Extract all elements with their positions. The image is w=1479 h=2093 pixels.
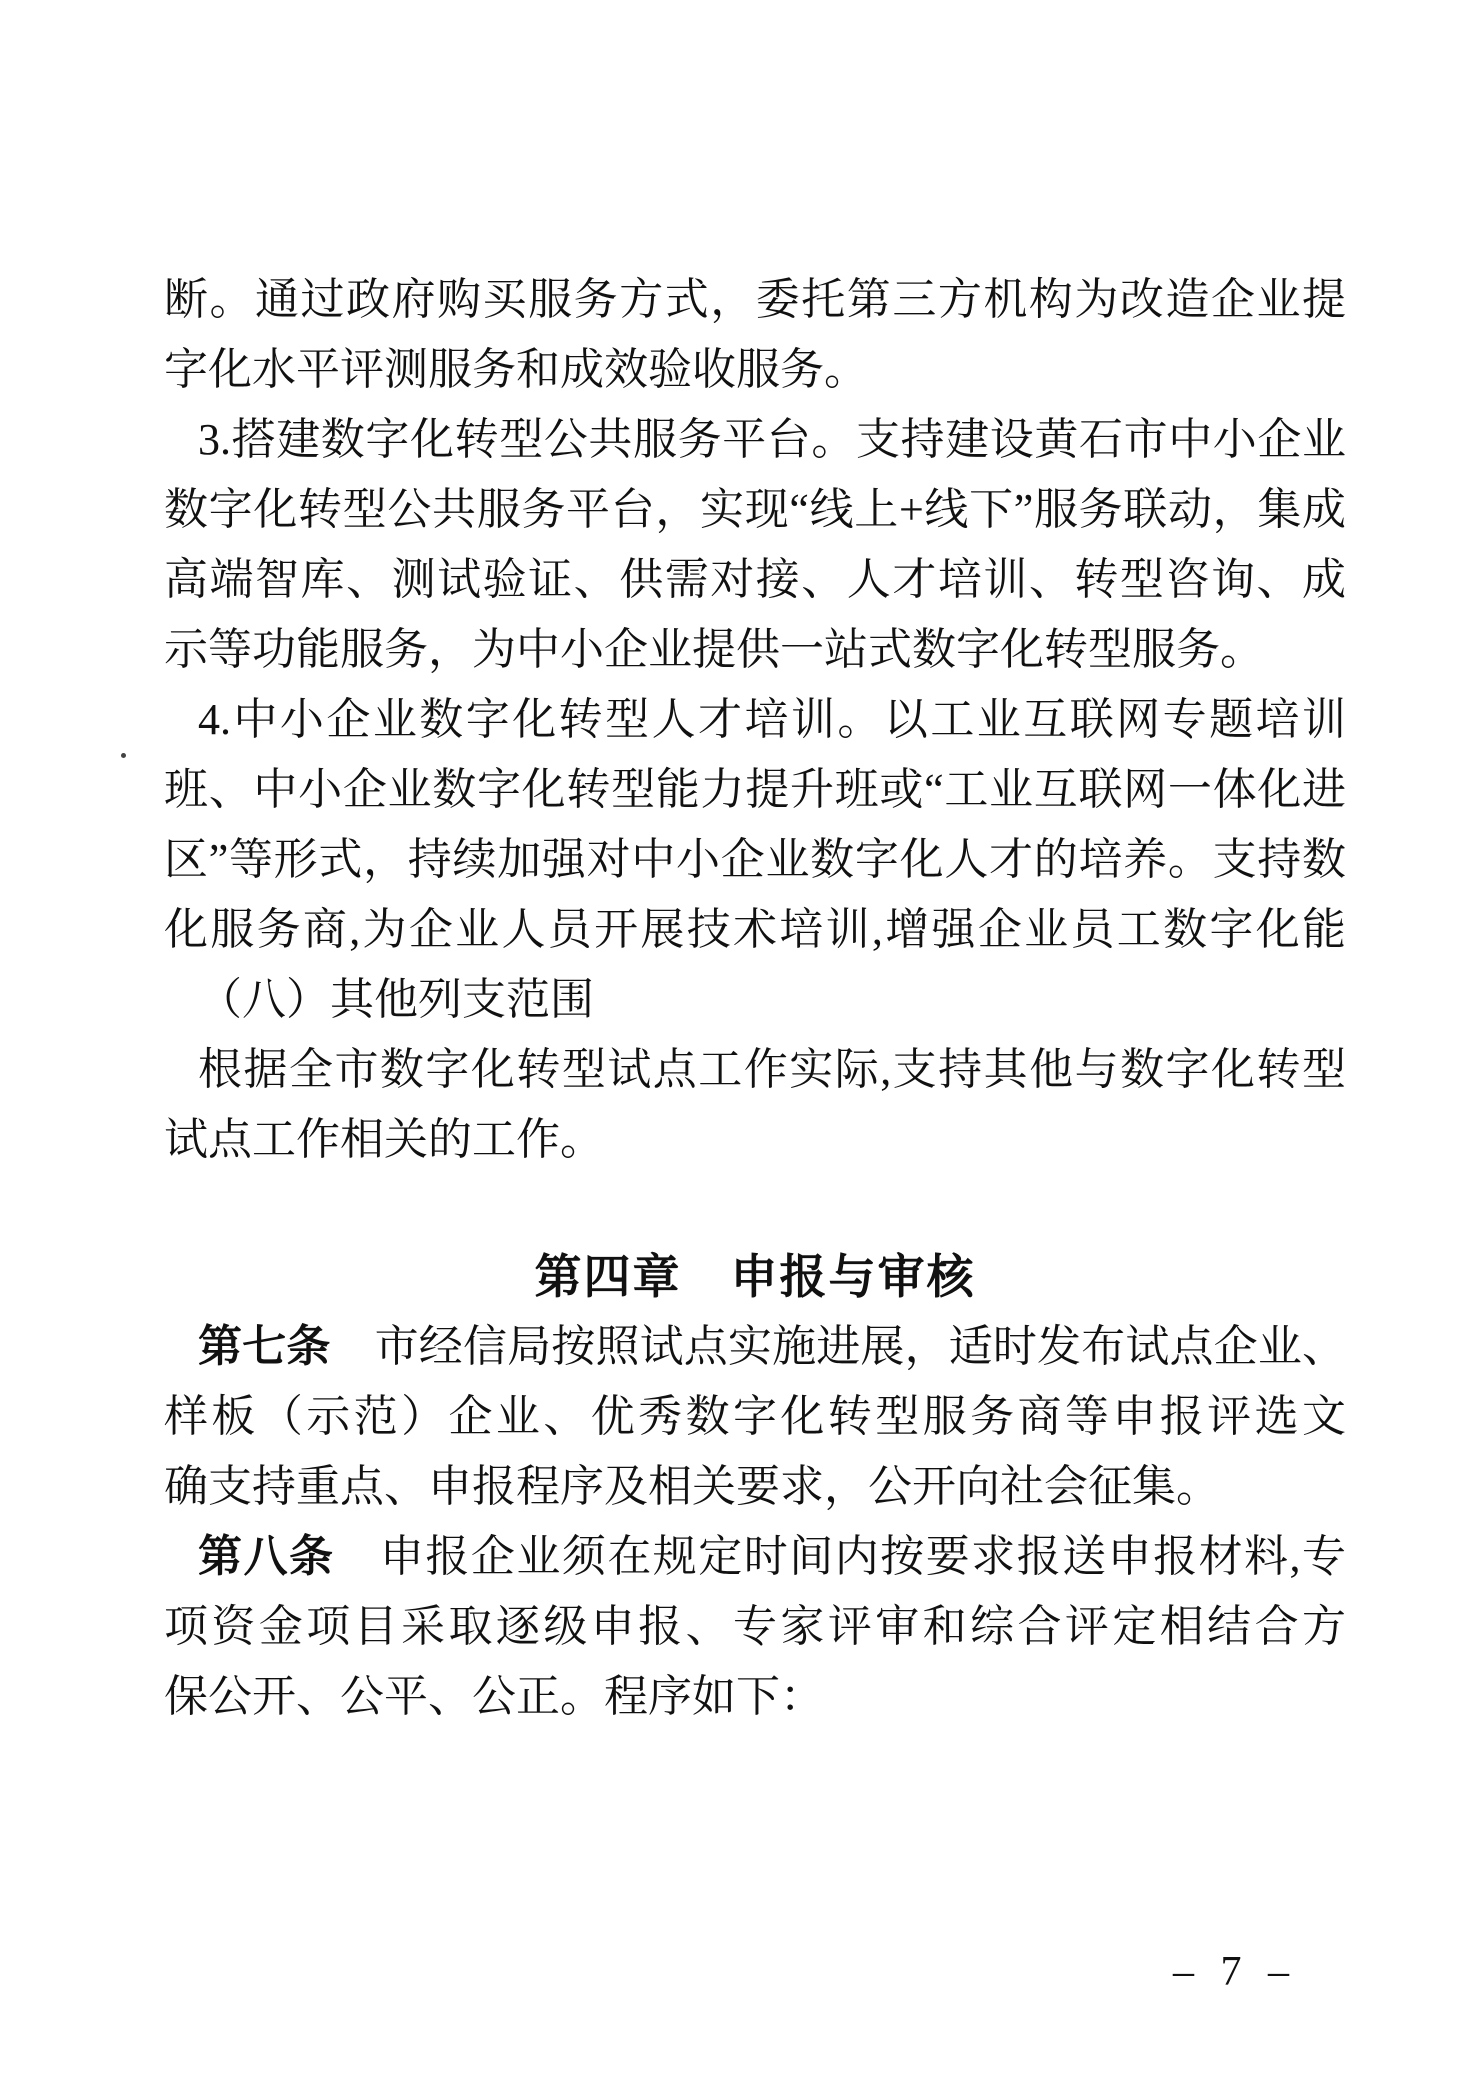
- text-line: 根据全市数字化转型试点工作实际,支持其他与数字化转型: [164, 1035, 1346, 1105]
- article-text: 市经信局按照试点实施进展，适时发布试点企业、: [330, 1322, 1346, 1371]
- text-line: 高端智库、测试验证、供需对接、人才培训、转型咨询、成果展: [164, 545, 1346, 615]
- article-text: 申报企业须在规定时间内按要求报送申报材料,专: [334, 1532, 1346, 1581]
- document-body: 断。通过政府购买服务方式，委托第三方机构为改造企业提供数 字化水平评测服务和成效…: [164, 265, 1346, 1732]
- text-line: 4.中小企业数字化转型人才培训。以工业互联网专题培训: [164, 685, 1346, 755]
- text-line: 字化水平评测服务和成效验收服务。: [164, 335, 1346, 405]
- text-line: 确支持重点、申报程序及相关要求，公开向社会征集。: [164, 1452, 1346, 1522]
- text-line: 示等功能服务，为中小企业提供一站式数字化转型服务。: [164, 615, 1346, 685]
- text-line: 区”等形式，持续加强对中小企业数字化人才的培养。支持数字: [164, 825, 1346, 895]
- text-line: 断。通过政府购买服务方式，委托第三方机构为改造企业提供数: [164, 265, 1346, 335]
- article-number: 第七条: [198, 1322, 330, 1371]
- text-line: 试点工作相关的工作。: [164, 1105, 1346, 1175]
- document-page: 断。通过政府购买服务方式，委托第三方机构为改造企业提供数 字化水平评测服务和成效…: [0, 0, 1479, 2093]
- text-line: （八）其他列支范围: [164, 965, 1346, 1035]
- text-line: 化服务商,为企业人员开展技术培训,增强企业员工数字化能力。: [164, 895, 1346, 965]
- text-line: 3.搭建数字化转型公共服务平台。支持建设黄石市中小企业: [164, 405, 1346, 475]
- text-line: 第七条 市经信局按照试点实施进展，适时发布试点企业、: [164, 1312, 1346, 1382]
- text-line: 班、中小企业数字化转型能力提升班或“工业互联网一体化进园: [164, 755, 1346, 825]
- chapter-heading: 第四章 申报与审核: [164, 1242, 1346, 1312]
- article-number: 第八条: [198, 1532, 334, 1581]
- scan-artifact-dot: [121, 753, 126, 758]
- section-gap: [164, 1175, 1346, 1242]
- page-number: – 7 –: [1173, 1948, 1297, 1996]
- text-line: 项资金项目采取逐级申报、专家评审和综合评定相结合方式，确: [164, 1592, 1346, 1662]
- text-line: 数字化转型公共服务平台，实现“线上+线下”服务联动，集成: [164, 475, 1346, 545]
- text-line: 样板（示范）企业、优秀数字化转型服务商等申报评选文件，明: [164, 1382, 1346, 1452]
- text-line: 第八条 申报企业须在规定时间内按要求报送申报材料,专: [164, 1522, 1346, 1592]
- text-line: 保公开、公平、公正。程序如下：: [164, 1662, 1346, 1732]
